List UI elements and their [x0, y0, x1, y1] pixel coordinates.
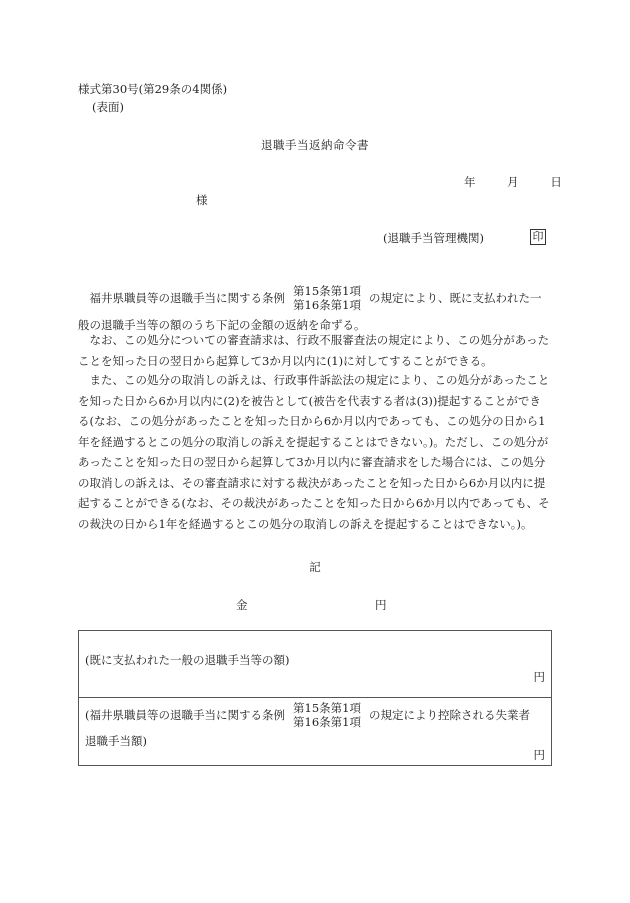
amount-unit: 円	[375, 597, 387, 613]
ordinance-name: 福井県職員等の退職手当に関する条例	[90, 288, 286, 309]
date-year: 年	[464, 174, 476, 190]
amount-table: (既に支払われた一般の退職手当等の額) 円 (福井県職員等の退職手当に関する条例…	[78, 630, 552, 766]
form-number: 様式第30号(第29条の4関係)	[78, 81, 227, 97]
paid-amount-unit: 円	[534, 669, 546, 685]
document-title: 退職手当返納命令書	[0, 137, 630, 153]
record-heading: 記	[0, 559, 630, 575]
paragraph-lawsuit: また、この処分の取消しの訴えは、行政事件訴訟法の規定により、この処分があったこと…	[78, 370, 552, 534]
issuer-org: (退職手当管理機関)	[383, 230, 484, 246]
date-field: 年 月 日	[464, 174, 562, 190]
seal-mark: 印	[530, 229, 546, 245]
date-month: 月	[507, 174, 519, 190]
amount-label: 金	[236, 597, 248, 613]
table-row: (福井県職員等の退職手当に関する条例 第15条第1項 第16条第1項 の規定によ…	[79, 698, 551, 765]
article-stack: 第15条第1項 第16条第1項	[293, 284, 361, 312]
deducted-amount-unit: 円	[534, 747, 546, 763]
paid-amount-label: (既に支払われた一般の退職手当等の額)	[85, 652, 289, 668]
paragraph-order: 福井県職員等の退職手当に関する条例 第15条第1項 第16条第1項 の規定により…	[78, 281, 552, 336]
paragraph-review-request: なお、この処分についての審査請求は、行政不服審査法の規定により、この処分があった…	[78, 330, 552, 371]
article-stack: 第15条第1項 第16条第1項	[293, 701, 361, 729]
date-day: 日	[550, 174, 562, 190]
side-label: (表面)	[92, 99, 124, 115]
table-row: (既に支払われた一般の退職手当等の額) 円	[79, 631, 551, 698]
addressee-suffix: 様	[196, 192, 208, 208]
